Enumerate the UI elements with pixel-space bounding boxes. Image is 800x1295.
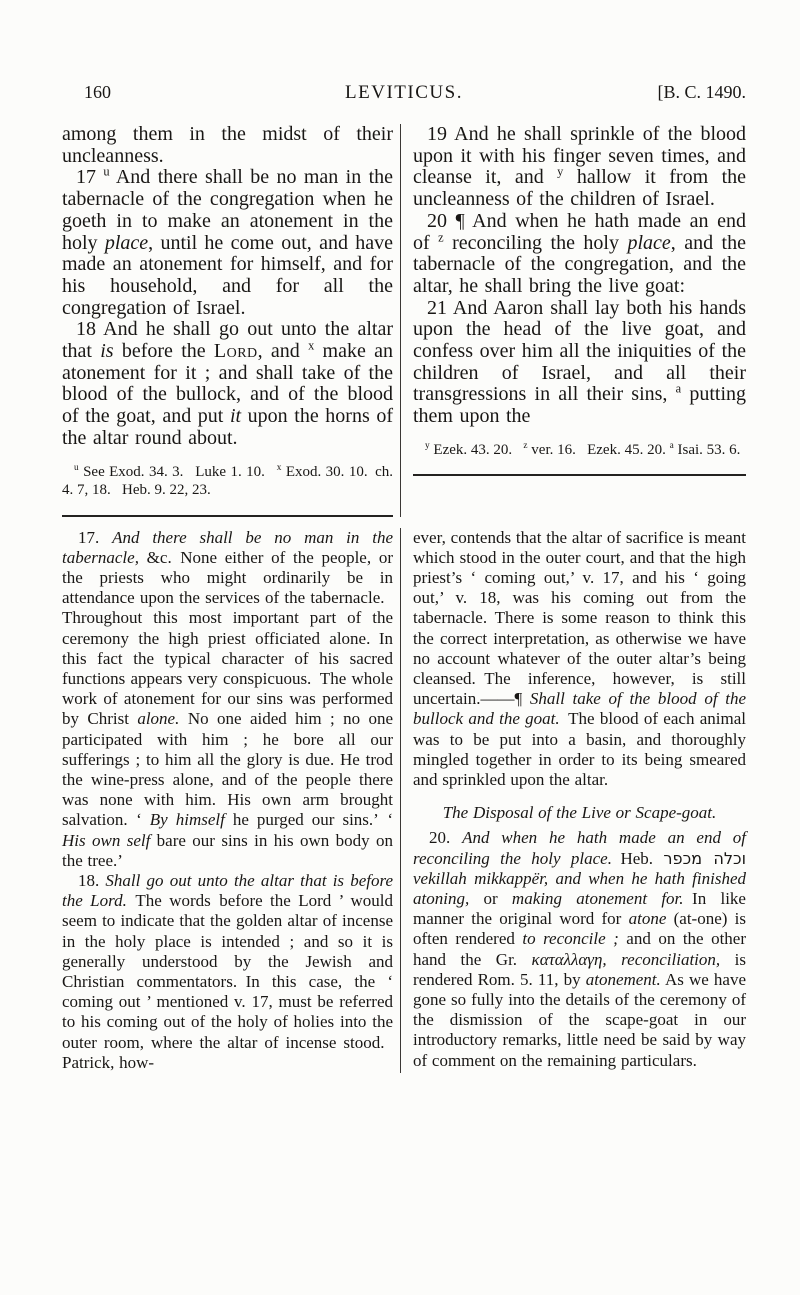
text-run: alone.	[137, 709, 179, 728]
text-run: atone	[629, 909, 667, 928]
text-run: 20.	[429, 828, 462, 847]
commentary-section: 17. And there shall be no man in the tab…	[62, 528, 746, 1073]
text-run: ver. 16. Ezek. 45. 20.	[528, 442, 670, 458]
text-run: ever, contends that the altar of sacrifi…	[413, 528, 746, 709]
page-content: 160 LEVITICUS. [B. C. 1490. among them i…	[62, 82, 746, 1073]
left-footnote-rule	[62, 515, 393, 517]
text-run: he purged our sins.’ ‘	[225, 810, 393, 829]
paragraph: 20 ¶ And when he hath made an end of z r…	[413, 211, 746, 298]
paragraph: among them in the midst of their unclean…	[62, 124, 393, 167]
scripture-left-column: among them in the midst of their unclean…	[62, 124, 400, 517]
text-run: , and	[258, 340, 308, 362]
commentary-left-column: 17. And there shall be no man in the tab…	[62, 528, 400, 1073]
paragraph: 21 And Aaron shall lay both his hands up…	[413, 298, 746, 428]
chronology-date: [B. C. 1490.	[657, 82, 746, 103]
scripture-left-verses: among them in the midst of their unclean…	[62, 124, 393, 450]
paragraph: ever, contends that the altar of sacrifi…	[413, 528, 746, 791]
text-run: reconciling the holy	[444, 232, 628, 254]
text-run: it	[230, 405, 241, 427]
text-run: before the	[114, 340, 214, 362]
text-run: to reconcile ;	[522, 929, 618, 948]
paragraph: 18 And he shall go out unto the altar th…	[62, 319, 393, 449]
scripture-right-footnote: y Ezek. 43. 20. z ver. 16. Ezek. 45. 20.…	[413, 441, 746, 460]
scripture-right-column: 19 And he shall sprinkle of the blood up…	[401, 124, 746, 517]
commentary-right-column: ever, contends that the altar of sacrifi…	[401, 528, 746, 1073]
paragraph: 17 u And there shall be no man in the ta…	[62, 167, 393, 319]
text-run: 18.	[78, 871, 105, 890]
text-run: Lord	[214, 340, 258, 362]
paragraph: 18. Shall go out unto the altar that is …	[62, 871, 393, 1073]
text-run: καταλλαγη,	[532, 950, 607, 969]
paragraph: 19 And he shall sprinkle of the blood up…	[413, 124, 746, 211]
text-run: The words before the Lord ’ would seem t…	[62, 891, 393, 1072]
text-run: is	[100, 340, 113, 362]
scanned-book-page: 160 LEVITICUS. [B. C. 1490. among them i…	[0, 0, 800, 1295]
text-run: His own self	[62, 831, 150, 850]
scripture-right-verses: 19 And he shall sprinkle of the blood up…	[413, 124, 746, 428]
text-run: place	[627, 232, 670, 254]
right-footnote-rule	[413, 474, 746, 476]
running-head: 160 LEVITICUS. [B. C. 1490.	[62, 82, 746, 108]
text-run: among them in the midst of their unclean…	[62, 123, 393, 167]
text-run: &c. None either of the people, or the pr…	[62, 548, 393, 729]
text-run: making atonement for.	[512, 889, 684, 908]
text-run: reconciliation,	[621, 950, 720, 969]
book-title: LEVITICUS.	[62, 82, 746, 104]
text-run	[607, 950, 622, 969]
text-run: וכלה מכפר	[663, 849, 746, 868]
text-run: 17.	[78, 528, 112, 547]
text-run: By himself	[150, 810, 225, 829]
text-run: atonement.	[586, 970, 661, 989]
text-run: 17	[76, 166, 103, 188]
text-run: or	[469, 889, 512, 908]
scripture-section: among them in the midst of their unclean…	[62, 124, 746, 517]
text-run: vekillah mikkappër,	[413, 869, 548, 888]
paragraph: 17. And there shall be no man in the tab…	[62, 528, 393, 871]
paragraph: 20. And when he hath made an end of reco…	[413, 828, 746, 1070]
text-run: See Exod. 34. 3. Luke 1. 10.	[79, 464, 277, 480]
text-run: place	[105, 232, 148, 254]
scripture-left-footnote: u See Exod. 34. 3. Luke 1. 10. x Exod. 3…	[62, 463, 393, 500]
text-run: Isai. 53. 6.	[674, 442, 741, 458]
text-run: The Disposal of the Live or Scape-goat.	[443, 803, 717, 822]
section-heading: The Disposal of the Live or Scape-goat.	[413, 803, 746, 823]
text-run: Heb.	[612, 849, 663, 868]
text-run: Ezek. 43. 20.	[430, 442, 524, 458]
